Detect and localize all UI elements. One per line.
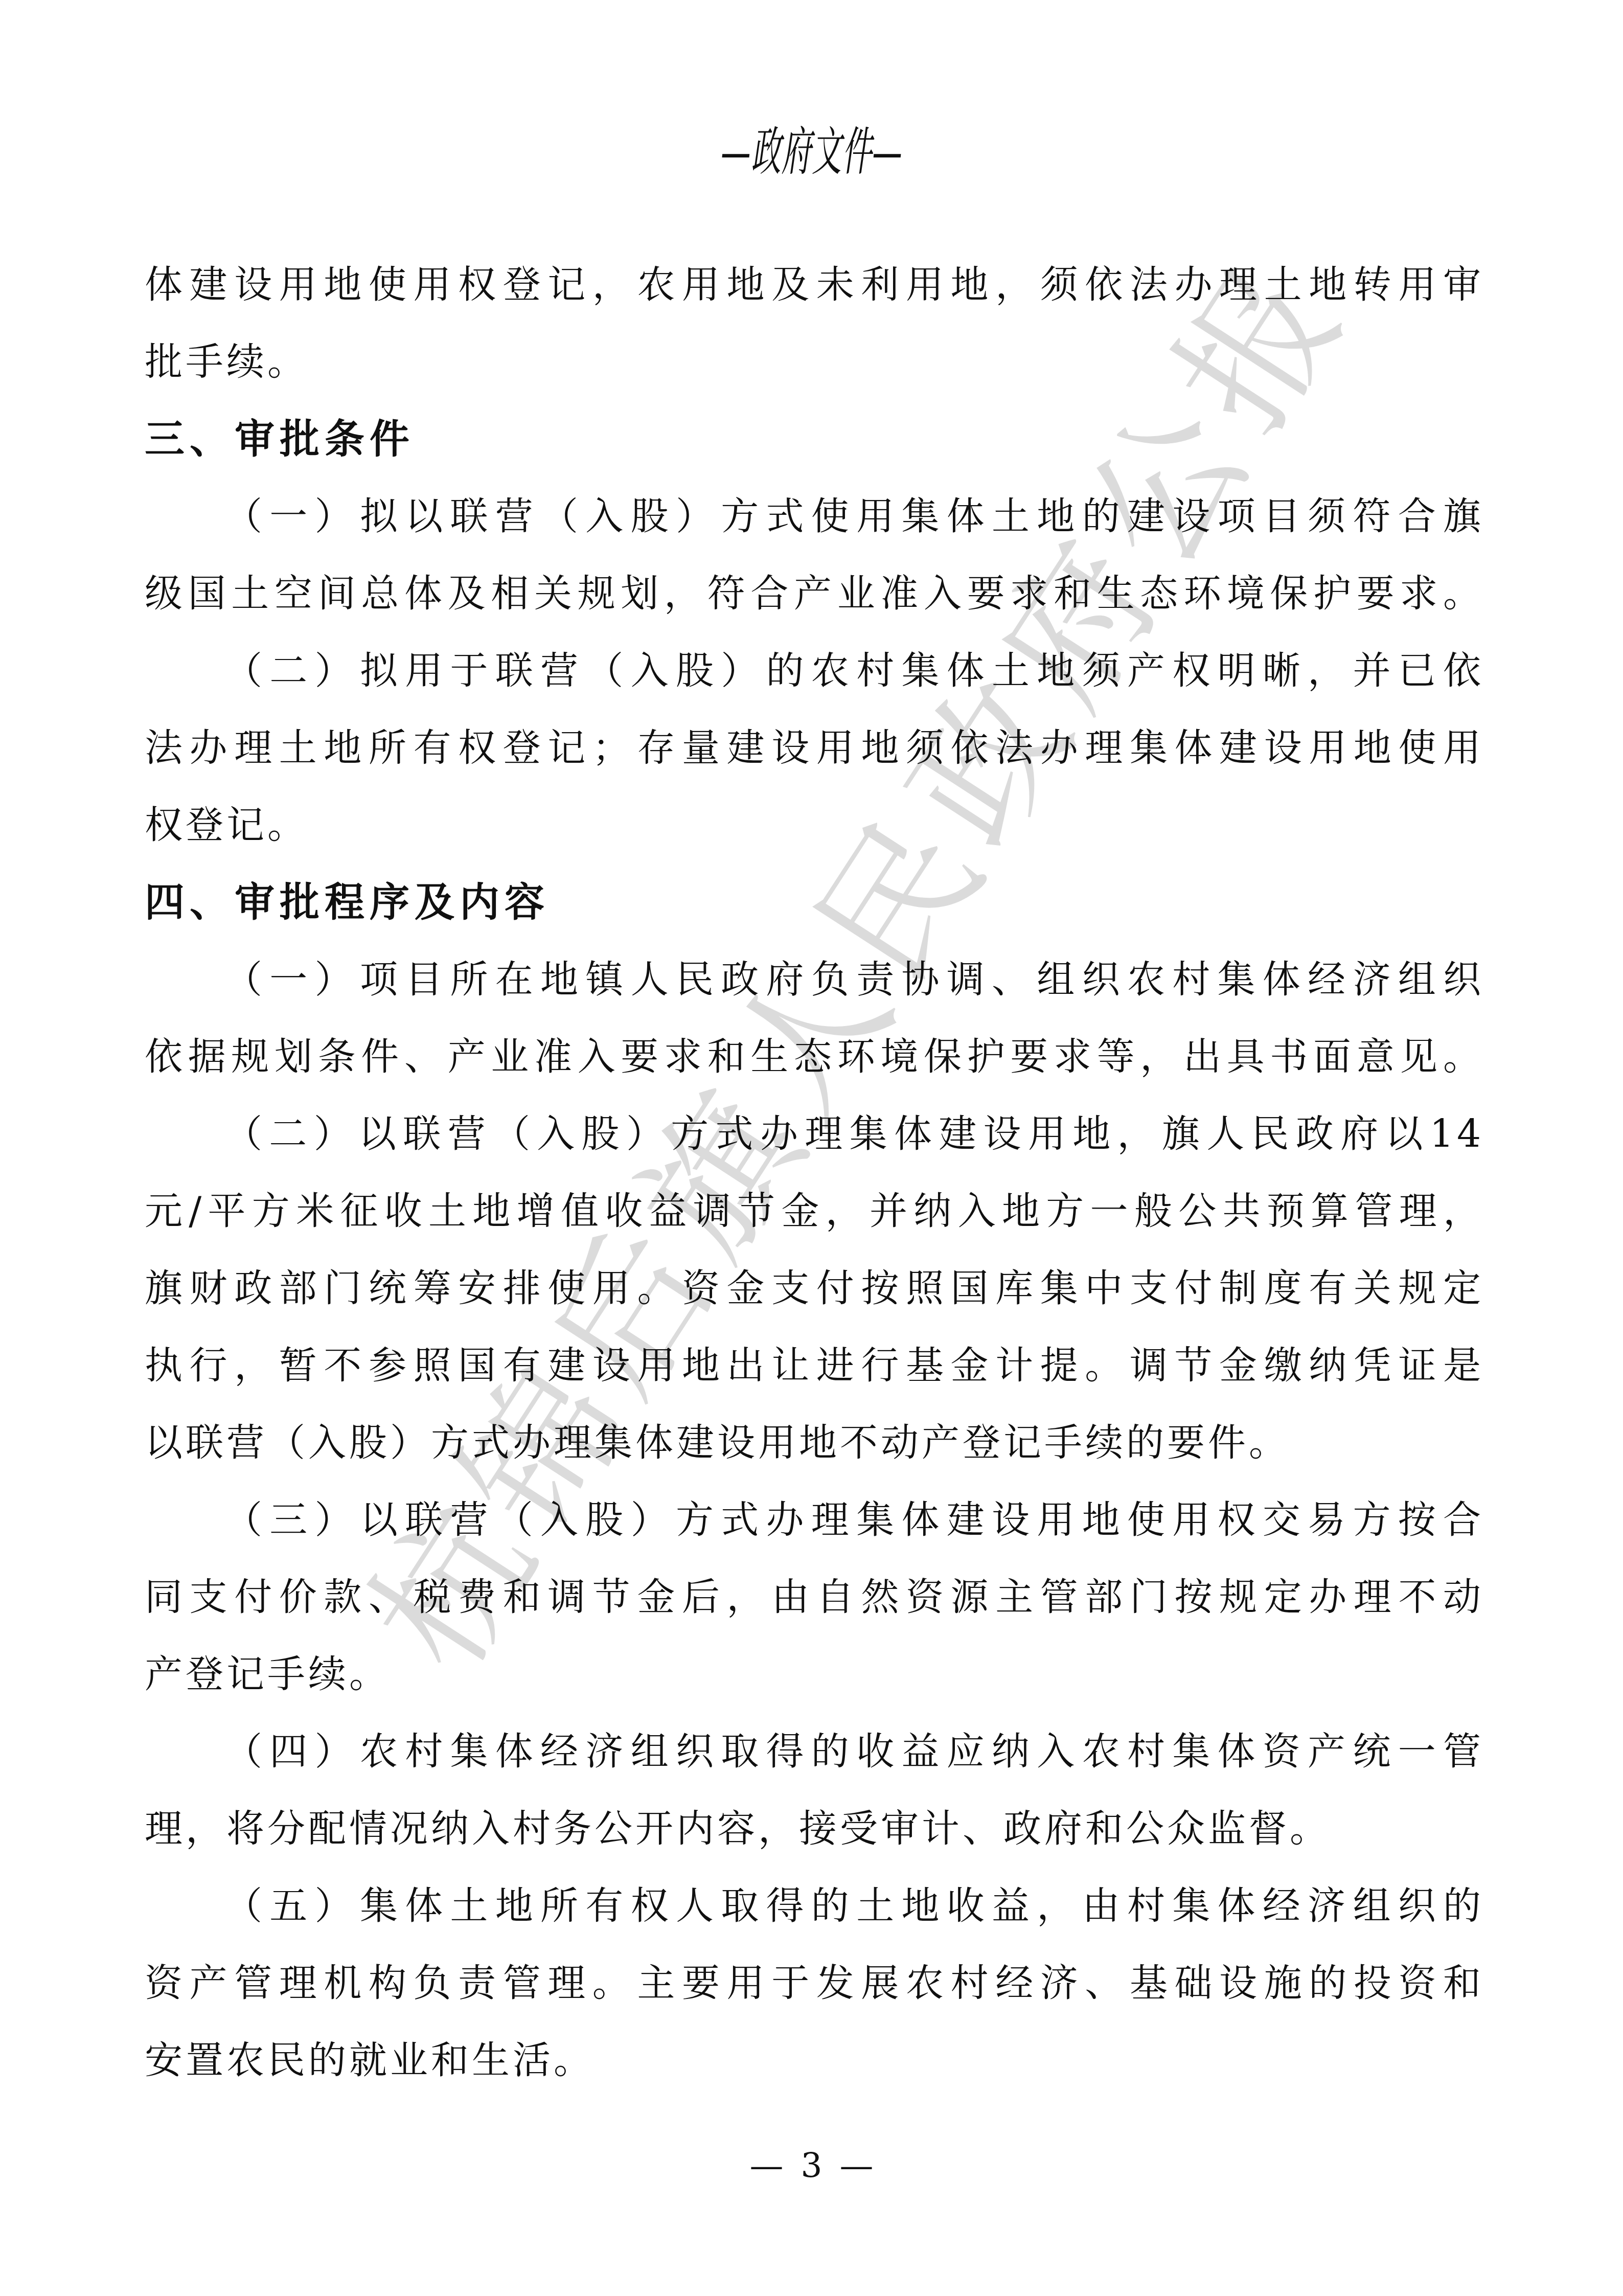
document-line: 批手续。 [145,324,1484,401]
document-line: （三）以联营（入股）方式办理集体建设用地使用权交易方按合 [145,1482,1484,1559]
footer-right-dash: — [840,2145,874,2186]
document-line: 级国土空间总体及相关规划，符合产业准入要求和生态环境保护要求。 [145,555,1484,632]
document-line: 理，将分配情况纳入村务公开内容，接受审计、政府和公众监督。 [145,1790,1484,1868]
document-line: （五）集体土地所有权人取得的土地收益，由村集体经济组织的 [145,1868,1484,1945]
document-line: 产登记手续。 [145,1636,1484,1713]
document-line: （二）以联营（入股）方式办理集体建设用地，旗人民政府以14 [145,1096,1484,1173]
document-line: 执行，暂不参照国有建设用地出让进行基金计提。调节金缴纳凭证是 [145,1327,1484,1404]
document-line: （四）农村集体经济组织取得的收益应纳入农村集体资产统一管 [145,1713,1484,1790]
document-body: 体建设用地使用权登记，农用地及未利用地，须依法办理土地转用审批手续。三、审批条件… [145,246,1484,2099]
document-type-label: —政府文件— [721,122,903,183]
document-header: —政府文件— [0,122,1623,183]
document-page: { "document": { "header": "—政府文件—", "wat… [0,0,1623,2296]
document-line: 法办理土地所有权登记；存量建设用地须依法办理集体建设用地使用 [145,710,1484,787]
document-line: （一）项目所在地镇人民政府负责协调、组织农村集体经济组织 [145,941,1484,1018]
page-footer: —3— [0,2145,1623,2186]
document-line: 依据规划条件、产业准入要求和生态环境保护要求等，出具书面意见。 [145,1018,1484,1096]
document-line: 旗财政部门统筹安排使用。资金支付按照国库集中支付制度有关规定 [145,1250,1484,1327]
page-number: 3 [801,2145,822,2186]
document-line: 资产管理机构负责管理。主要用于发展农村经济、基础设施的投资和 [145,1945,1484,2022]
footer-left-dash: — [750,2145,784,2186]
section-heading: 三、审批条件 [145,401,1484,478]
document-line: 体建设用地使用权登记，农用地及未利用地，须依法办理土地转用审 [145,246,1484,324]
document-line: （二）拟用于联营（入股）的农村集体土地须产权明晰，并已依 [145,632,1484,710]
document-line: 安置农民的就业和生活。 [145,2022,1484,2099]
section-heading: 四、审批程序及内容 [145,864,1484,941]
document-line: 以联营（入股）方式办理集体建设用地不动产登记手续的要件。 [145,1404,1484,1482]
document-line: 元/平方米征收土地增值收益调节金，并纳入地方一般公共预算管理， [145,1173,1484,1250]
document-line: 同支付价款、税费和调节金后，由自然资源主管部门按规定办理不动 [145,1559,1484,1636]
document-line: （一）拟以联营（入股）方式使用集体土地的建设项目须符合旗 [145,478,1484,555]
document-line: 权登记。 [145,787,1484,864]
